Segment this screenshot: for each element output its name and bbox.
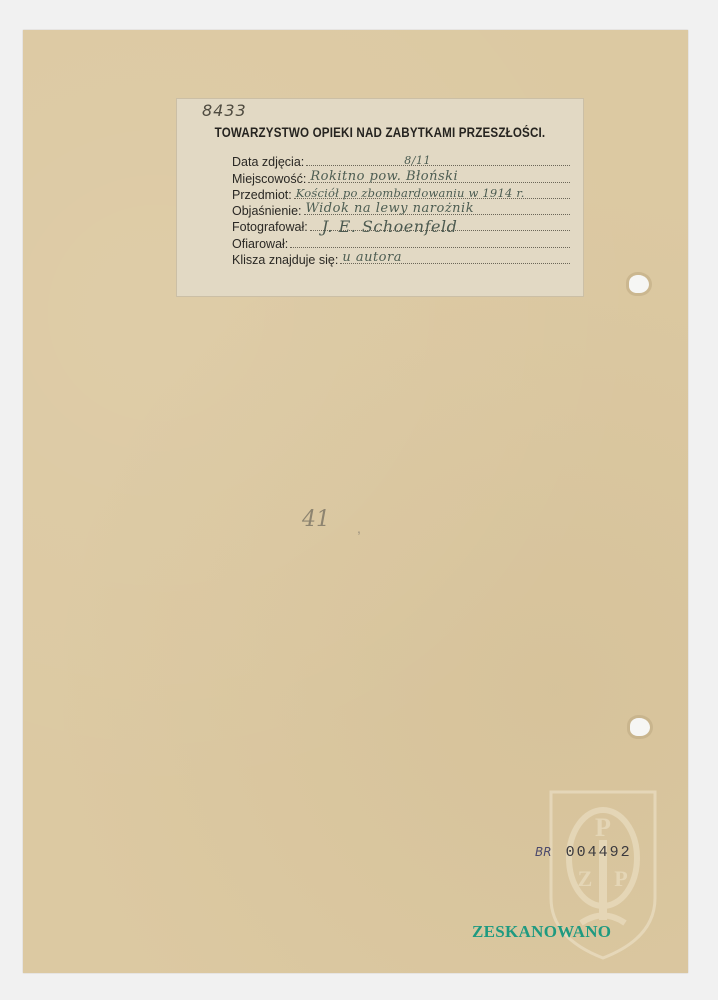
field-location: Miejscowość: Rokitno pow. Błoński: [232, 169, 570, 185]
field-label: Miejscowość:: [232, 172, 308, 186]
scanned-stamp: ZESKANOWANO: [472, 922, 611, 942]
field-description: Objaśnienie: Widok na lewy narożnik: [232, 202, 570, 218]
dotted-line: Widok na lewy narożnik: [304, 202, 571, 215]
handwritten-value: Widok na lewy narożnik: [306, 201, 475, 216]
field-subject: Przedmiot: Kościół po zbombardowaniu w 1…: [232, 186, 570, 202]
field-label: Klisza znajduje się:: [232, 253, 340, 267]
field-donor: Ofiarował:: [232, 234, 570, 250]
dotted-line: Kościół po zbombardowaniu w 1914 r.: [294, 186, 570, 199]
field-label: Ofiarował:: [232, 237, 290, 251]
dotted-line: u autora: [340, 251, 570, 264]
dotted-line: J. E. Schoenfeld: [310, 218, 570, 231]
field-label: Objaśnienie:: [232, 204, 304, 218]
handwritten-value: 8/11: [404, 154, 431, 167]
field-photo-date: Data zdjęcia: 8/11: [232, 153, 570, 169]
handwritten-value: Kościół po zbombardowaniu w 1914 r.: [296, 186, 525, 200]
punch-hole-bottom: [630, 718, 650, 736]
handwritten-value: u autora: [342, 250, 402, 265]
svg-text:Z: Z: [578, 866, 593, 891]
pencil-tick-mark: ,: [357, 520, 361, 536]
field-label: Przedmiot:: [232, 188, 294, 202]
catalog-number: 8433: [202, 101, 247, 120]
society-label: 8433 TOWARZYSTWO OPIEKI NAD ZABYTKAMI PR…: [176, 98, 584, 297]
dotted-line: [290, 235, 570, 248]
organization-title: TOWARZYSTWO OPIEKI NAD ZABYTKAMI PRZESZŁ…: [205, 125, 556, 140]
dotted-line: Rokitno pow. Błoński: [308, 170, 570, 183]
field-photographer: Fotografował: J. E. Schoenfeld: [232, 218, 570, 234]
dotted-line: 8/11: [306, 153, 570, 166]
pencil-note: 41: [302, 507, 330, 532]
handwritten-value: Rokitno pow. Błoński: [310, 169, 458, 184]
svg-text:P: P: [614, 866, 627, 891]
label-fields: Data zdjęcia: 8/11 Miejscowość: Rokitno …: [232, 153, 570, 267]
inventory-number: BR004492: [535, 843, 632, 861]
field-negative-location: Klisza znajduje się: u autora: [232, 251, 570, 267]
field-label: Fotografował:: [232, 220, 310, 234]
archival-card-back: 8433 TOWARZYSTWO OPIEKI NAD ZABYTKAMI PR…: [23, 30, 688, 973]
inventory-digits: 004492: [566, 844, 632, 861]
punch-hole-top: [629, 275, 649, 293]
field-label: Data zdjęcia:: [232, 155, 306, 169]
svg-text:P: P: [595, 813, 611, 842]
inventory-prefix: BR: [535, 845, 552, 859]
